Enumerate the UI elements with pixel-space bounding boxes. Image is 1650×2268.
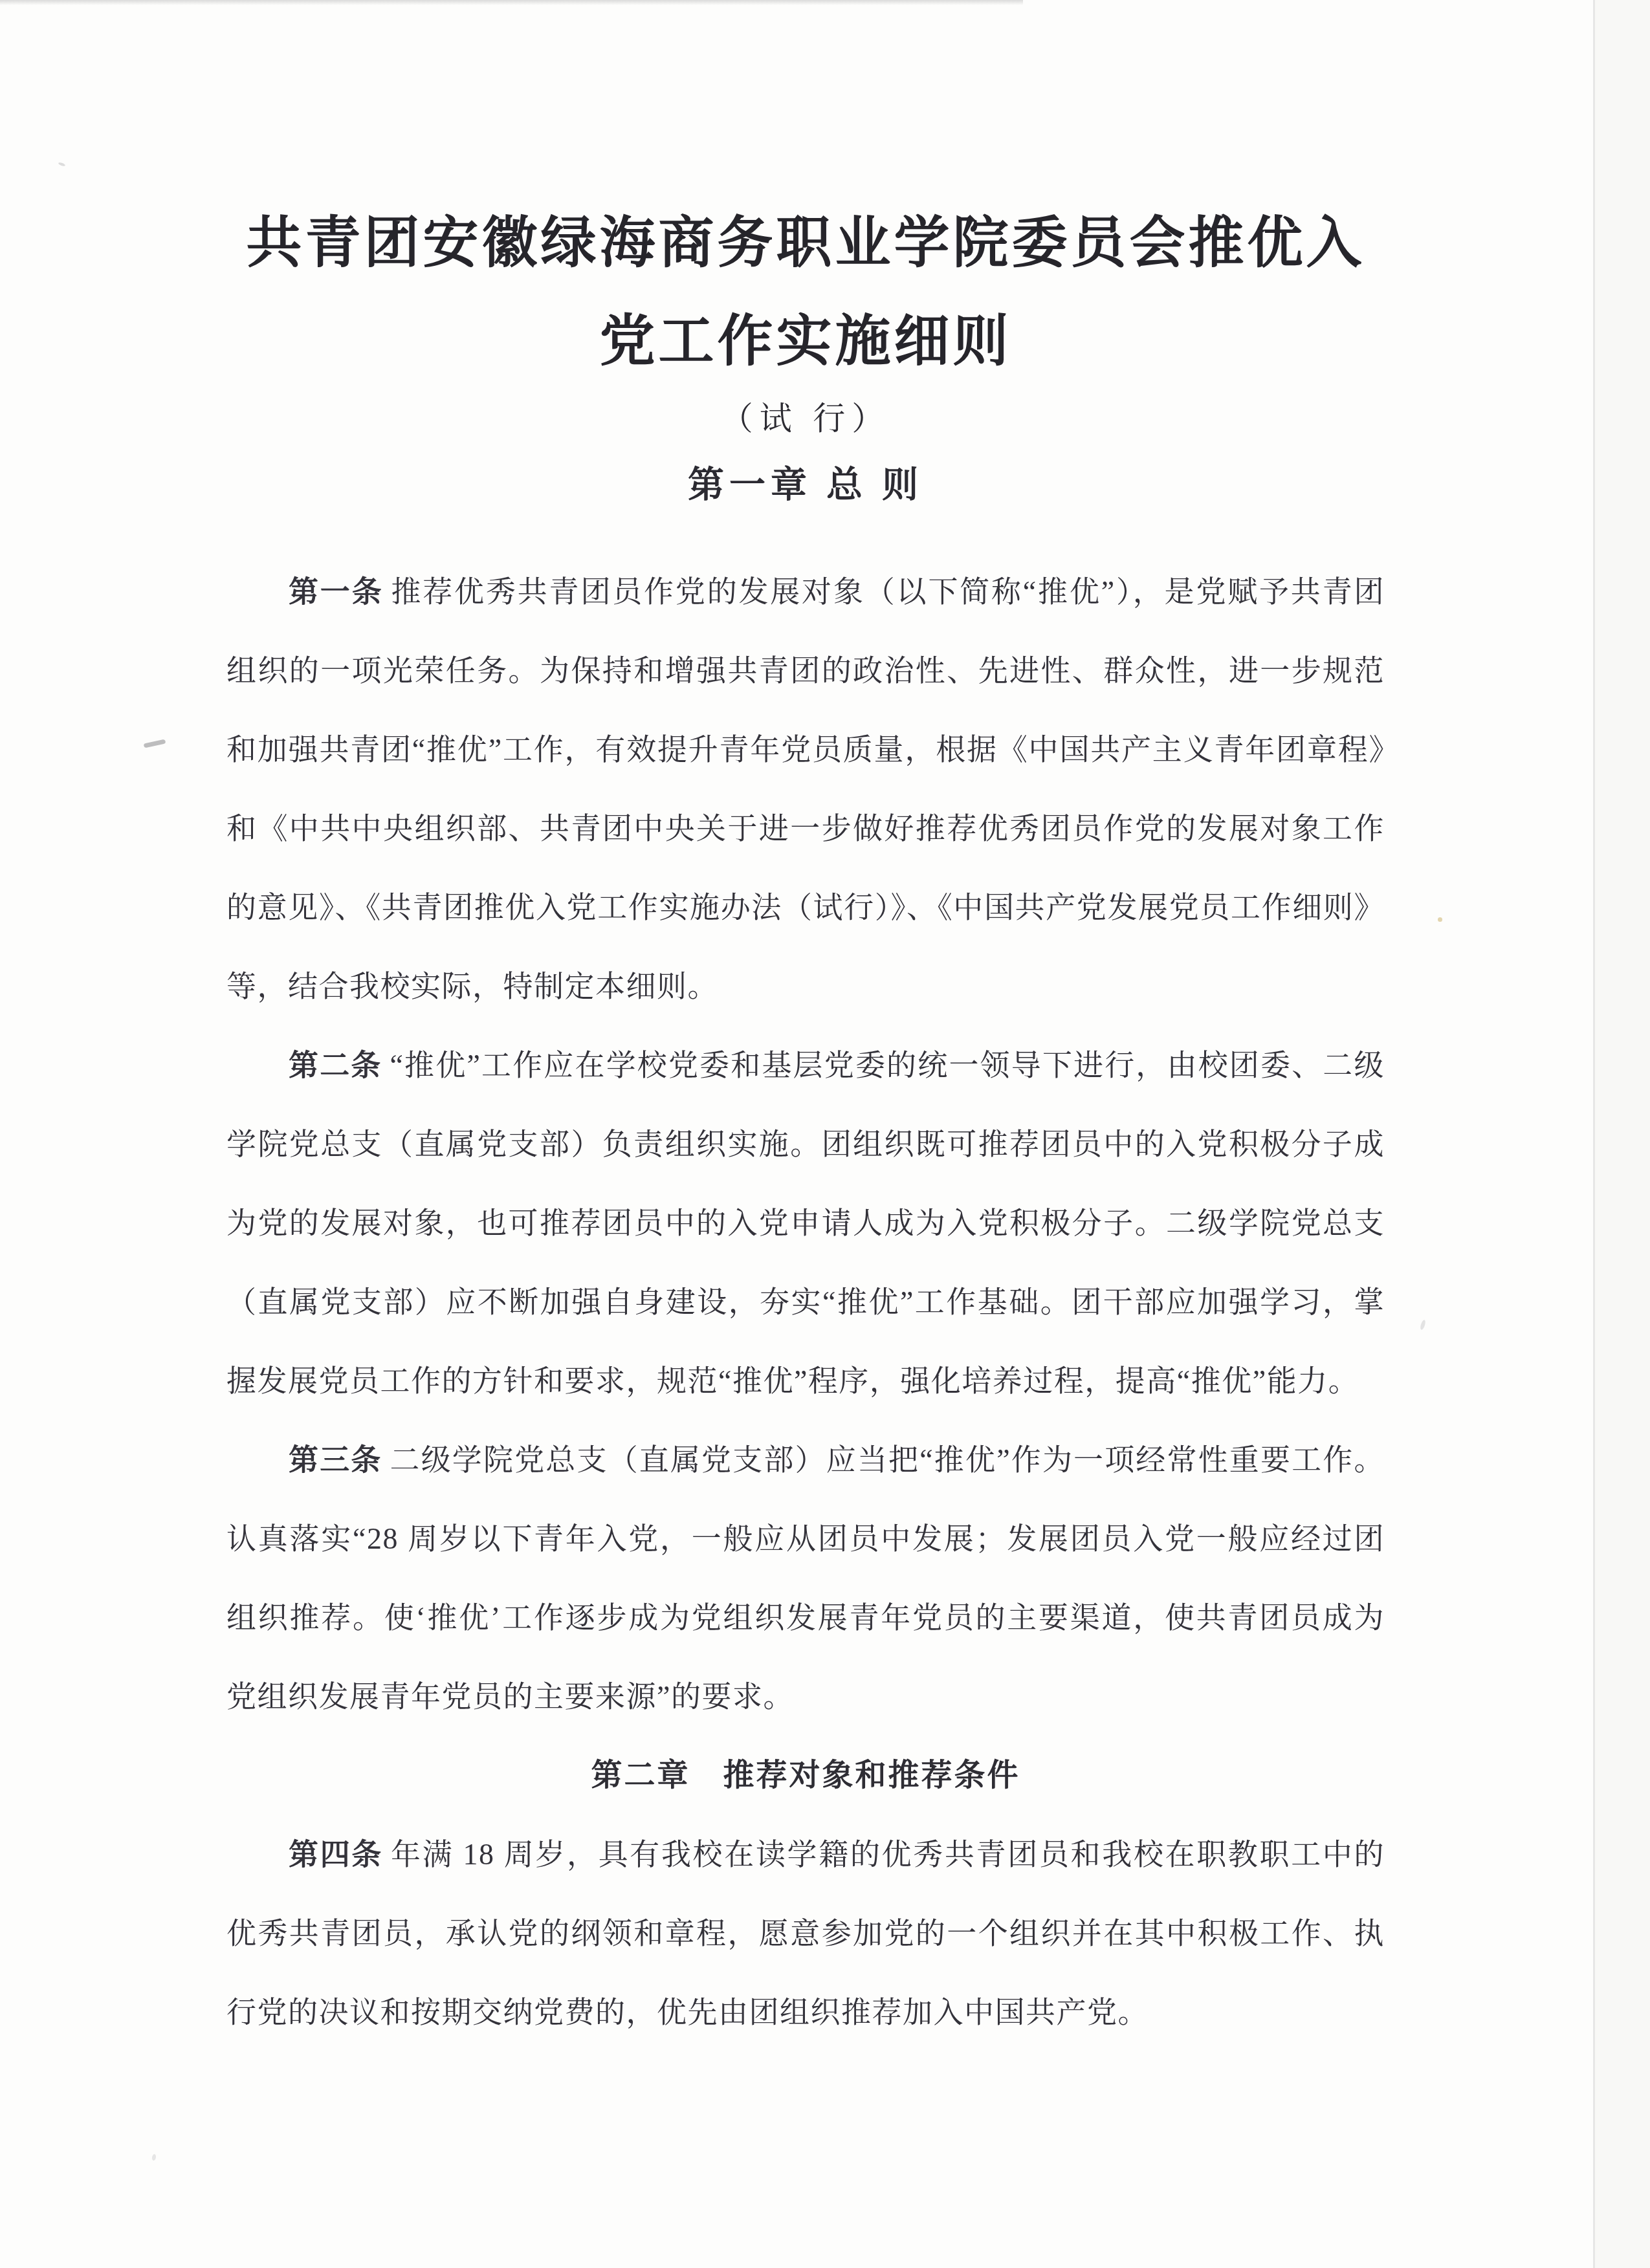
document-subtitle: （试 行） [226,397,1385,440]
scan-speck [144,739,166,748]
article-4-label: 第四条 [289,1838,383,1871]
article-3: 第三条二级学院党总支（直属党支部）应当把“推优”作为一项经常性重要工作。认真落实… [226,1421,1385,1736]
article-1: 第一条推荐优秀共青团员作党的发展对象（以下简称“推优”），是党赋予共青团组织的一… [226,552,1385,1026]
article-4: 第四条年满 18 周岁，具有我校在读学籍的优秀共青团员和我校在职教职工中的优秀共… [226,1815,1385,2052]
scan-speck [58,162,66,167]
article-4-text: 年满 18 周岁，具有我校在读学籍的优秀共青团员和我校在职教职工中的优秀共青团员… [226,1838,1385,2029]
scanner-margin [1595,0,1650,2268]
article-3-text: 二级学院党总支（直属党支部）应当把“推优”作为一项经常性重要工作。认真落实“28… [226,1443,1385,1713]
chapter-2-heading: 第二章 推荐对象和推荐条件 [226,1736,1385,1815]
article-1-label: 第一条 [289,575,383,608]
document-content: 共青团安徽绿海商务职业学院委员会推优入 党工作实施细则 （试 行） 第一章 总 … [226,0,1385,2052]
paper-edge-shadow [1593,0,1595,2268]
article-3-label: 第三条 [289,1443,382,1476]
document-title-line-1: 共青团安徽绿海商务职业学院委员会推优入 [226,194,1385,292]
document-title-line-2: 党工作实施细则 [226,292,1385,391]
document-title: 共青团安徽绿海商务职业学院委员会推优入 党工作实施细则 [226,194,1385,391]
article-2-text: “推优”工作应在学校党委和基层党委的统一领导下进行，由校团委、二级学院党总支（直… [226,1049,1385,1397]
scan-speck [1438,917,1442,922]
article-2: 第二条“推优”工作应在学校党委和基层党委的统一领导下进行，由校团委、二级学院党总… [226,1026,1385,1421]
article-1-text: 推荐优秀共青团员作党的发展对象（以下简称“推优”），是党赋予共青团组织的一项光荣… [226,575,1385,1003]
document-body: 第一条推荐优秀共青团员作党的发展对象（以下简称“推优”），是党赋予共青团组织的一… [226,552,1385,2052]
scan-speck [1420,1319,1427,1330]
scan-speck [151,2154,157,2161]
chapter-1-heading: 第一章 总 则 [226,462,1385,508]
scanned-document-page: 共青团安徽绿海商务职业学院委员会推优入 党工作实施细则 （试 行） 第一章 总 … [0,0,1650,2268]
article-2-label: 第二条 [289,1049,382,1082]
